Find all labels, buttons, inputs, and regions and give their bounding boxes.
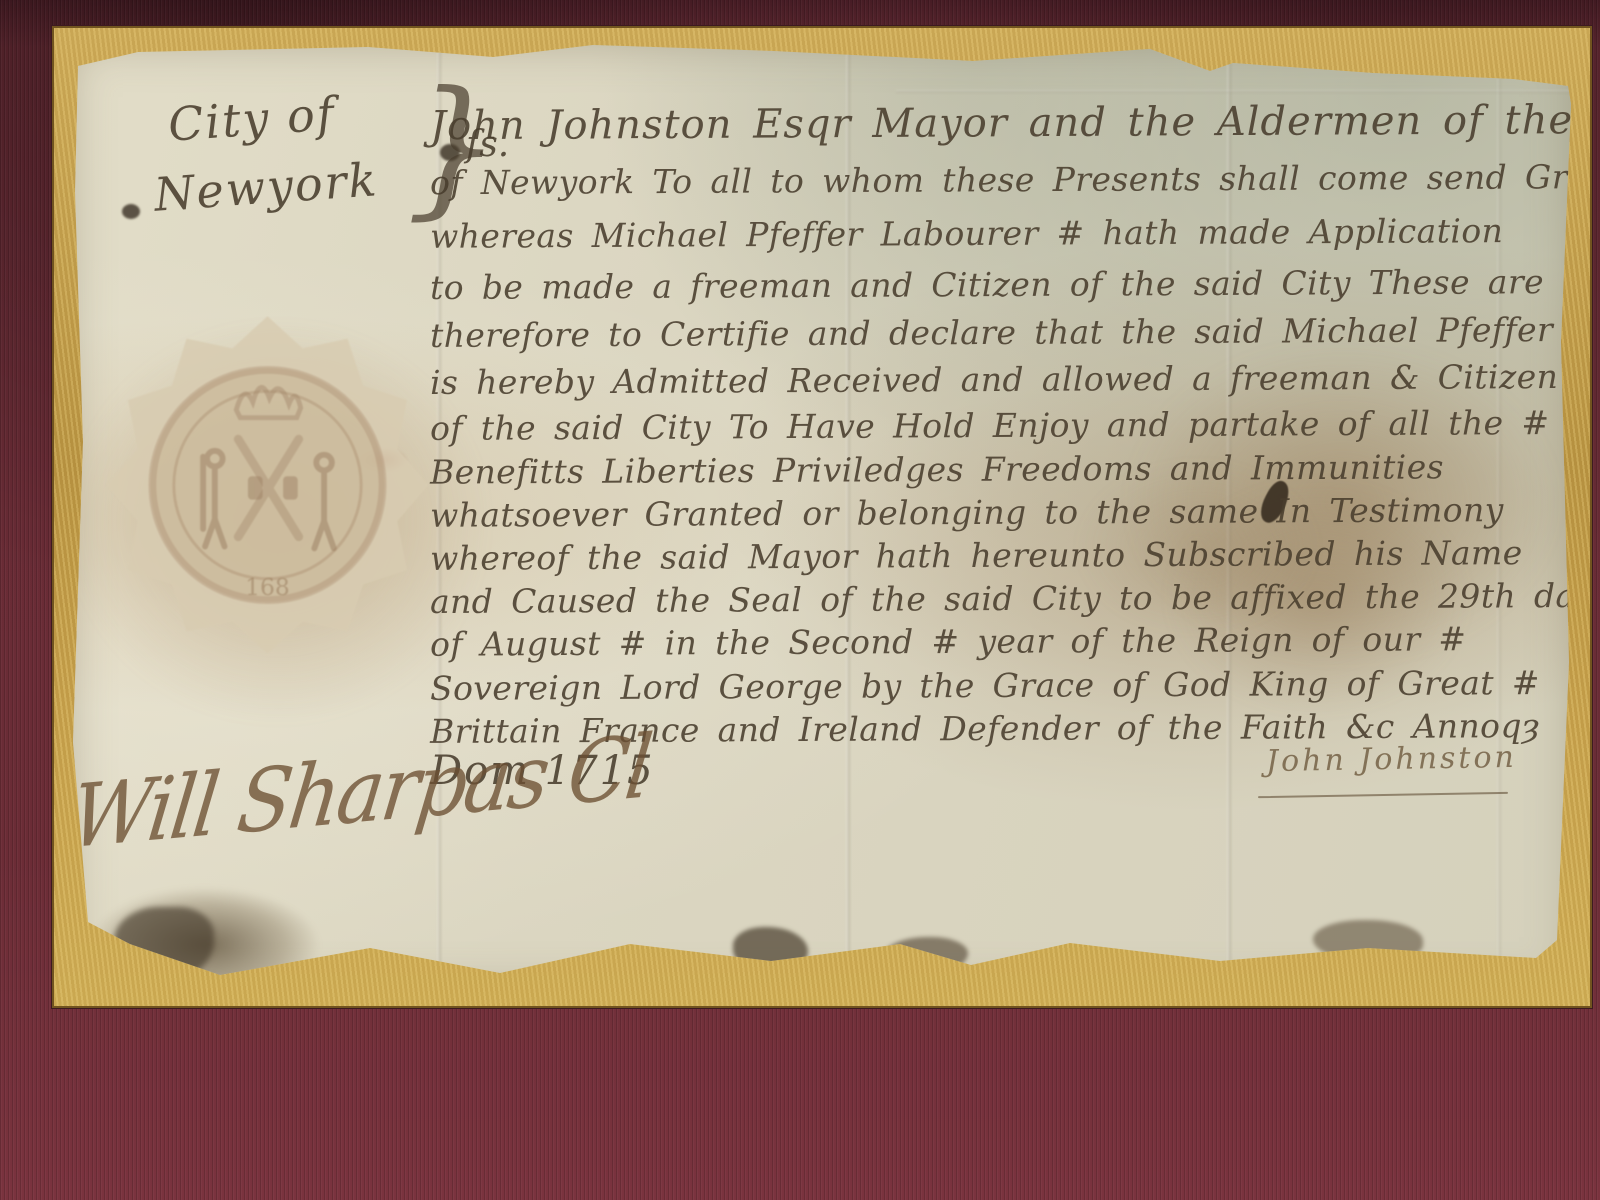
signature-underline [1258, 792, 1508, 798]
embossed-city-seal: 168 [95, 285, 440, 685]
manuscript-line: is hereby Admitted Received and allowed … [430, 357, 1558, 402]
clerk-signature: Will Sharpas Cl [66, 717, 655, 869]
manuscript-line: Sovereign Lord George by the Grace of Go… [430, 663, 1540, 708]
fold-crease [896, 90, 1574, 93]
manuscript-line: to be made a freeman and Citizen of the … [430, 262, 1590, 307]
mayor-signature: John Johnston [1266, 740, 1517, 779]
ink-dot [122, 204, 140, 219]
framed-manuscript-photo: 168 City of Newyork } ſs. John Johnston … [0, 0, 1600, 1200]
parchment-document: 168 City of Newyork } ſs. John Johnston … [68, 42, 1574, 992]
manuscript-line: of the said City To Have Hold Enjoy and … [430, 403, 1550, 448]
manuscript-line: whereas Michael Pfeffer Labourer # hath … [430, 211, 1503, 256]
heading-newyork: Newyork [152, 152, 380, 222]
manuscript-line: therefore to Certifie and declare that t… [430, 310, 1553, 355]
manuscript-line: whereof the said Mayor hath hereunto Sub… [430, 533, 1523, 578]
manuscript-line: of August # in the Second # year of the … [430, 619, 1467, 663]
manuscript-line: whatsoever Granted or belonging to the s… [430, 490, 1504, 535]
manuscript-line: Benefitts Liberties Priviledges Freedoms… [430, 447, 1444, 491]
seal-graphic: 168 [95, 285, 440, 685]
manuscript-line: John Johnston Esqr Mayor and the Alderme… [430, 97, 1600, 150]
seal-year: 168 [245, 573, 290, 601]
manuscript-line: of Newyork To all to whom these Presents… [430, 157, 1600, 203]
manuscript-line: and Caused the Seal of the said City to … [430, 576, 1595, 621]
heading-city-of: City of [166, 86, 337, 152]
